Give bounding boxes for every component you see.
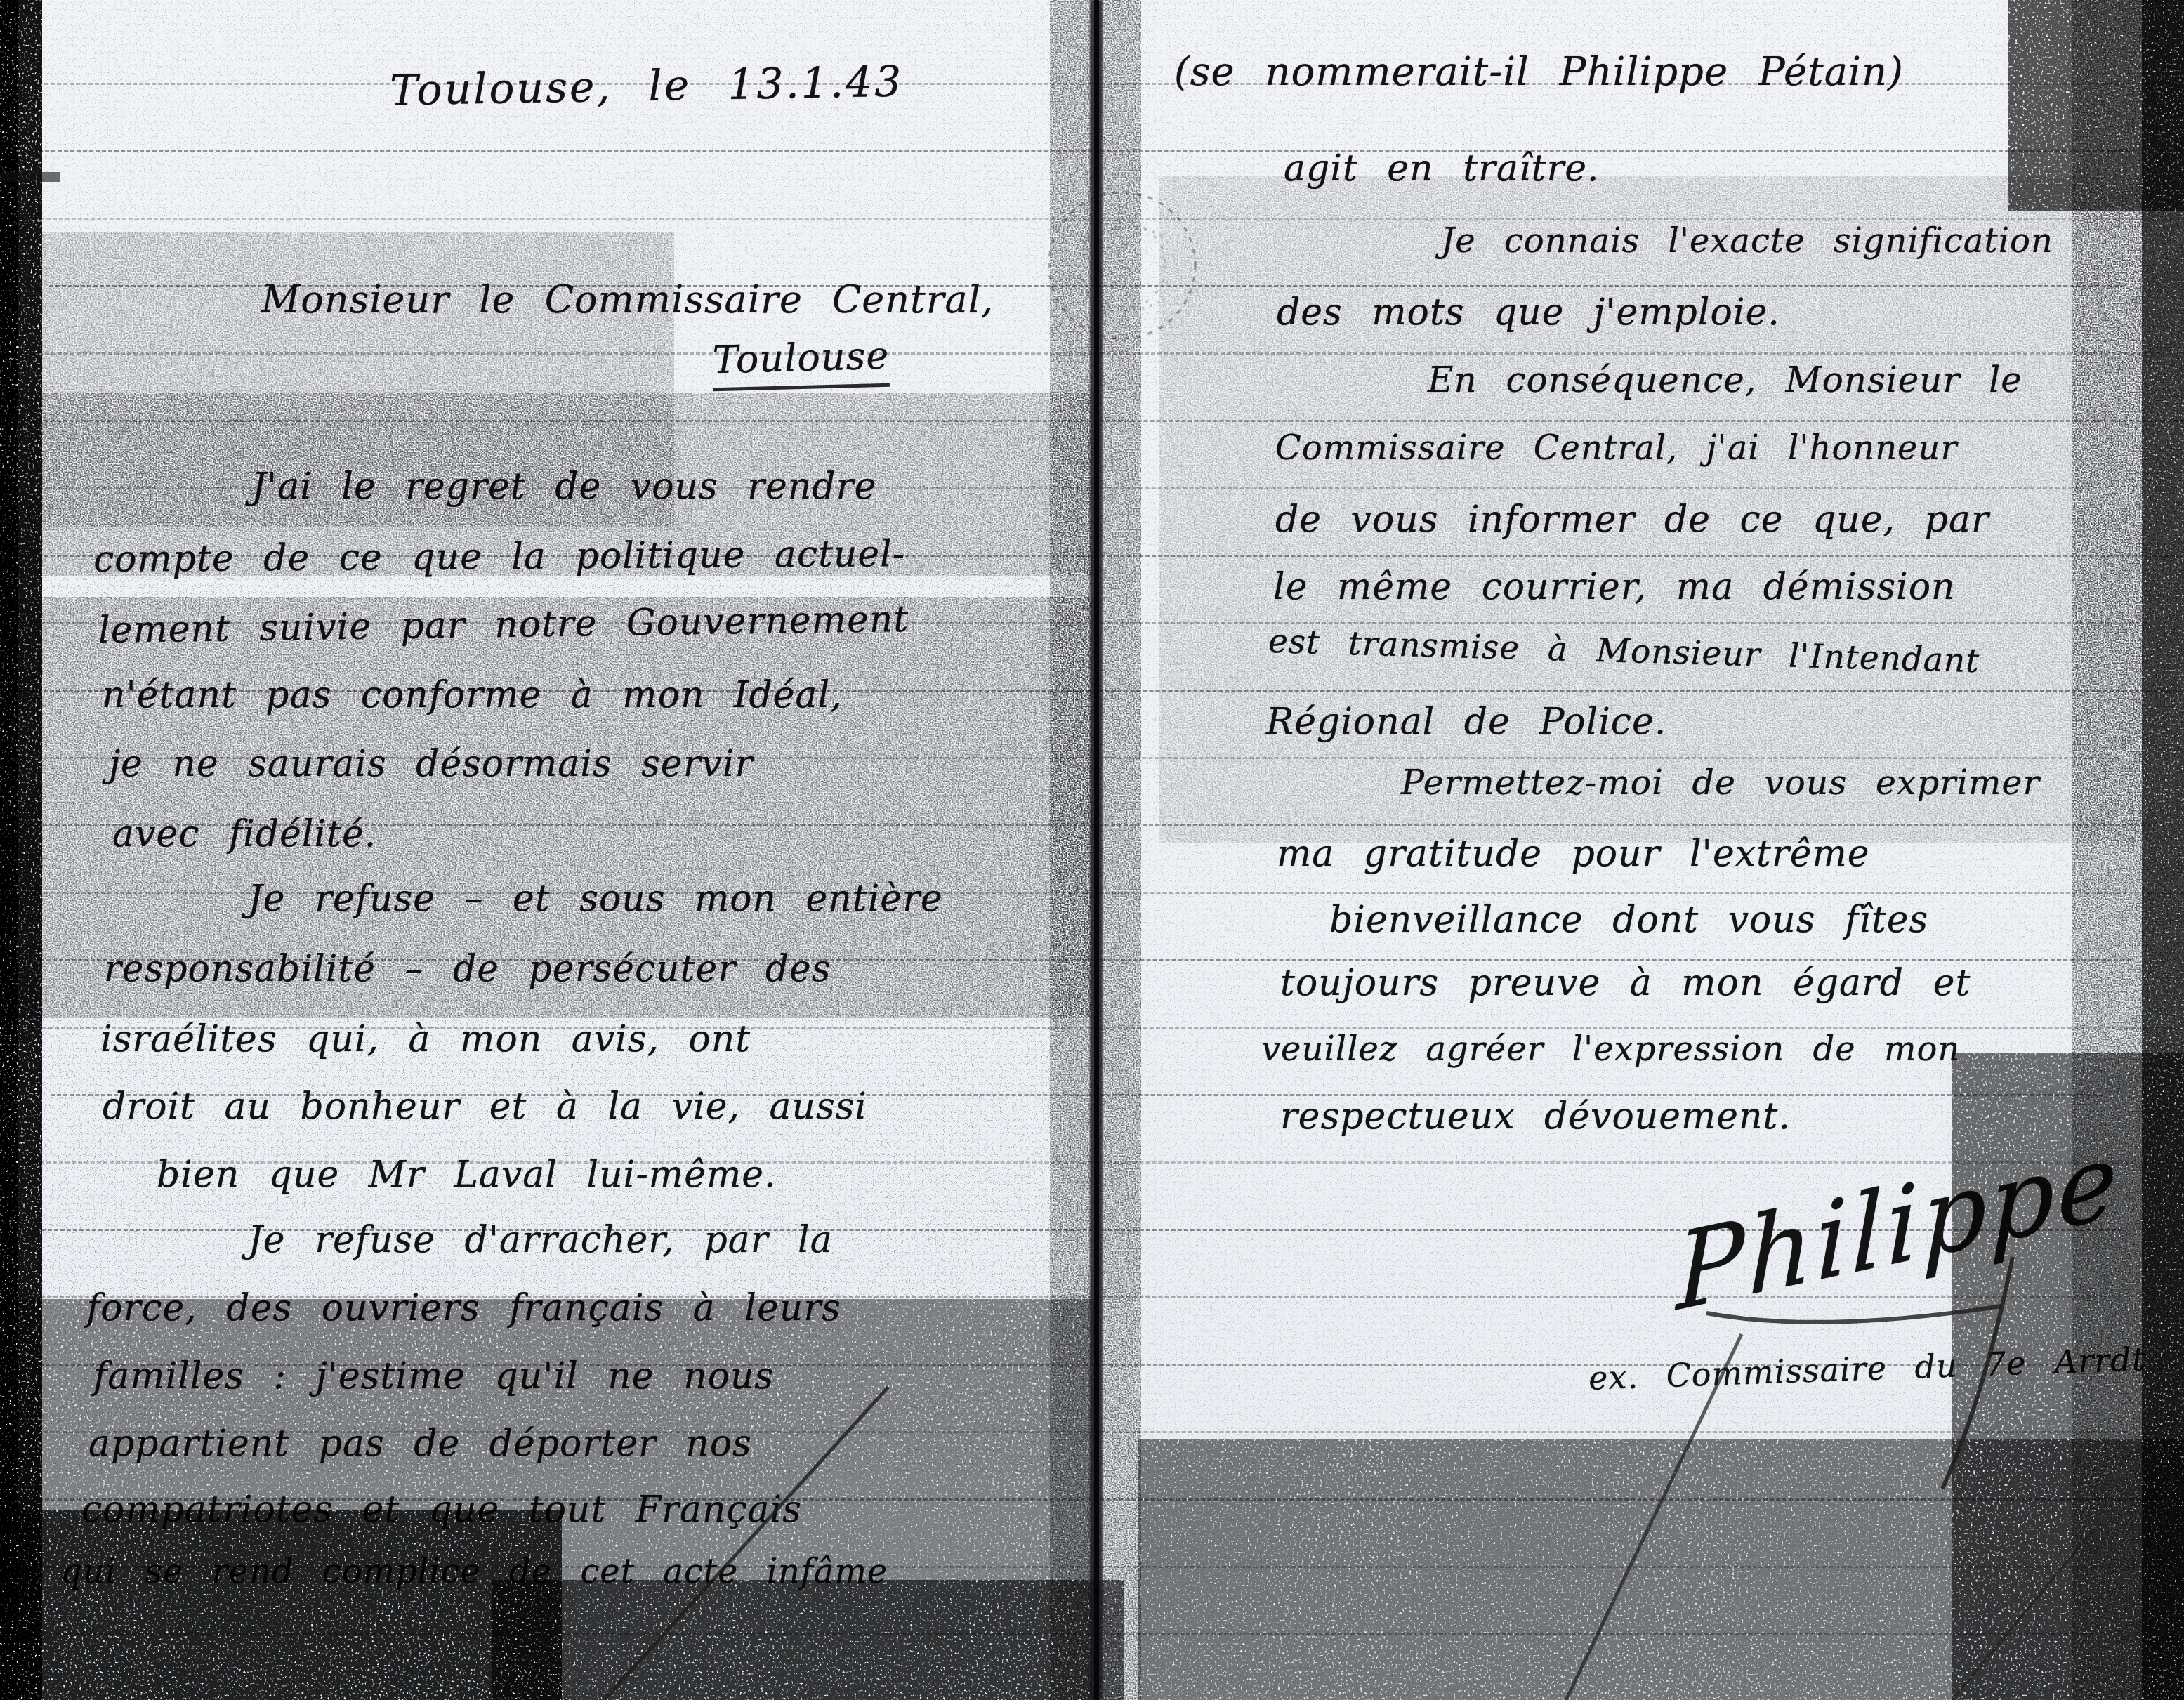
handwritten-line: agit en traître. (1284, 147, 1600, 190)
salutation-line: Monsieur le Commissaire Central, (261, 277, 994, 322)
handwritten-line: Je connais l'exacte signification (1441, 221, 2053, 261)
handwritten-line: avec fidélité. (112, 813, 376, 855)
handwritten-line: qui se rend complice de cet acte infâme (60, 1552, 888, 1591)
handwritten-line: bien que Mr Laval lui-même. (157, 1154, 777, 1196)
handwritten-line: veuillez agréer l'expression de mon (1261, 1029, 1960, 1069)
letter-scan: Toulouse, le 13.1.43 Monsieur le Commiss… (0, 0, 2184, 1700)
handwritten-line: je ne saurais désormais servir (109, 743, 753, 785)
handwritten-line: compatriotes et que tout Français (81, 1489, 802, 1531)
handwritten-line: appartient pas de déporter nos (88, 1423, 752, 1465)
handwritten-line: Je refuse d'arracher, par la (248, 1219, 833, 1261)
handwritten-line: J'ai le regret de vous rendre (251, 466, 876, 508)
circular-stamp (1031, 174, 1213, 357)
handwritten-line: ma gratitude pour l'extrême (1277, 833, 1870, 875)
handwritten-line: respectueux dévouement. (1280, 1095, 1791, 1138)
dateline: Toulouse, le 13.1.43 (389, 58, 903, 116)
handwritten-line: familles : j'estime qu'il ne nous (93, 1355, 774, 1397)
handwritten-line: toujours preuve à mon égard et (1280, 962, 1971, 1004)
handwritten-line: compte de ce que la politique actuel- (93, 533, 906, 581)
handwritten-line: (se nommerait-il Philippe Pétain) (1174, 49, 1904, 95)
ruled-line (32, 150, 2129, 152)
handwritten-line: En conséquence, Monsieur le (1428, 360, 2022, 400)
handwritten-line: Régional de Police. (1266, 701, 1666, 743)
handwritten-line: de vous informer de ce que, par (1275, 499, 1989, 541)
handwritten-line: n'étant pas conforme à mon Idéal, (102, 674, 843, 716)
handwritten-line: israélites qui, à mon avis, ont (100, 1018, 751, 1060)
handwritten-line: Je refuse – et sous mon entière (248, 878, 943, 920)
handwritten-line: le même courrier, ma démission (1273, 566, 1956, 608)
handwritten-line: des mots que j'emploie. (1277, 291, 1780, 334)
handwritten-line: Commissaire Central, j'ai l'honneur (1275, 428, 1957, 468)
salutation-city: Toulouse (712, 334, 890, 392)
handwritten-line: Permettez-moi de vous exprimer (1401, 763, 2040, 803)
handwritten-line: droit au bonheur et à la vie, aussi (103, 1086, 867, 1128)
ruled-line (25, 1633, 2100, 1635)
ruled-line (0, 420, 2184, 422)
handwritten-line: force, des ouvriers français à leurs (86, 1287, 841, 1329)
handwritten-line: responsabilité – de persécuter des (104, 948, 831, 990)
handwritten-line: bienveillance dont vous fîtes (1329, 899, 1928, 941)
